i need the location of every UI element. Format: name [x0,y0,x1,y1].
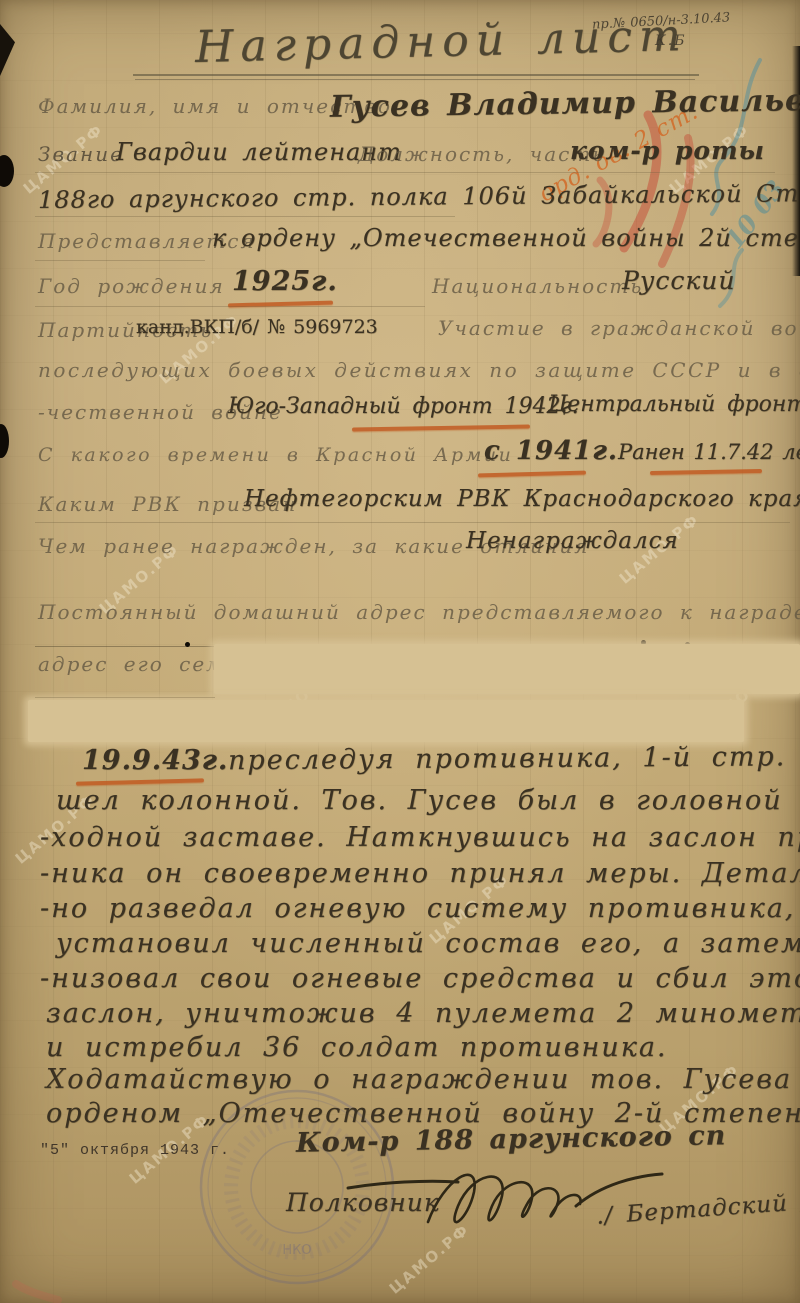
form-value-prior-awards: Ненаграждался [466,528,679,554]
form-label-home-address: Постоянный домашний адрес представляемог… [38,600,800,624]
citation-line: преследуя противника, 1-й стр. б-н [228,741,800,776]
form-value-front-1942: Юго-Западный фронт 1942г. [228,394,579,419]
citation-line: Ходатайствую о награждении тов. Гусева [46,1064,792,1095]
form-label-nationality: Национальность [432,274,643,298]
form-value-party: канд.ВКП/б/ № 5969723 [136,316,378,338]
form-value-birthyear: 1925г. [232,266,338,297]
form-value-name: Гусев Владимир Васильевич [330,82,800,125]
scanned-award-sheet: ЦАМО.РФ ЦАМО.РФ ЦАМО.РФ ЦАМО.РФ ЦАМО.РФ … [0,0,800,1303]
form-label-war-participation: Участие в гражданской войне, [438,316,800,340]
citation-line: установил численный состав его, а затем … [56,928,800,959]
svg-text:НКО: НКО [282,1243,311,1258]
form-value-front-1943: Центральный фронт 1943. [548,392,800,417]
form-label-war-participation-2: последующих боевых действиях по защите С… [38,358,800,382]
redaction-patch [28,700,744,742]
form-label-position: Должность, часть [358,142,605,166]
typed-date: "5" октября 1943 г. [40,1142,230,1159]
form-value-drafted-by: Нефтегорским РВК Краснодарского края [244,486,800,512]
citation-line: -низовал свои огневые средства и сбил эт… [40,963,800,994]
commander-signature [340,1140,670,1250]
form-value-wounded: Ранен 11.7.42 легко [618,440,800,464]
citation-line: -ника он своевременно принял меры. Детал… [40,858,800,889]
citation-line: шел колонной. Тов. Гусев был в головной … [56,785,800,816]
citation-line: и истребил 36 солдат противника. [46,1032,668,1063]
citation-line: -но разведал огневую систему противника, [40,893,795,924]
citation-line: -ходной заставе. Наткнувшись на заслон п… [40,822,800,853]
form-label-red-army-since: С какого времени в Красной Армии [38,444,513,466]
form-label-rank: Звание [38,142,124,166]
redaction-patch [214,644,800,694]
form-label-birthyear: Год рождения [38,274,225,298]
ink-specks [185,642,190,647]
form-value-nationality: Русский [622,266,735,295]
citation-date: 19.9.43г. [82,745,228,776]
form-value-award: к ордену „Отечественной войны 2й степени… [212,224,800,252]
form-value-position: ком-р роты [570,136,765,165]
citation-line: заслон, уничтожив 4 пулемета 2 миномета [46,998,800,1029]
form-value-red-army-since: с 1941г. [484,436,618,466]
